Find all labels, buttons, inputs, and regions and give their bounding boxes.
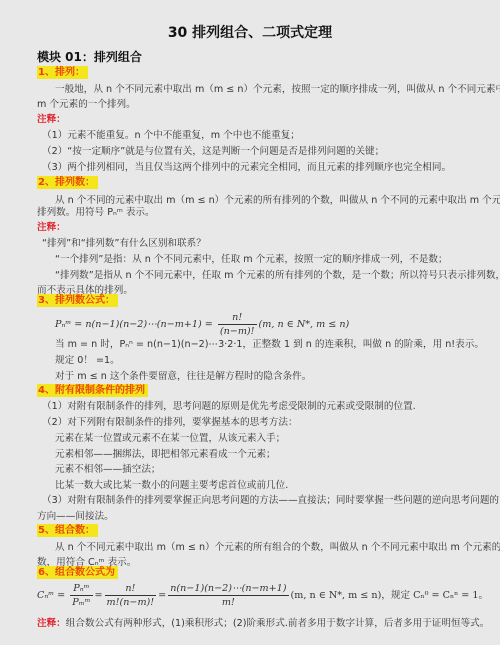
section-1-note-label: 注释： <box>37 113 66 127</box>
section-4-line: 元素在某一位置或元素不在某一位置，从该元素入手； <box>55 432 285 446</box>
combination-condition: (m, n ∈ N*, m ≤ n)，规定 Cₙ⁰ = Cₙⁿ = 1。 <box>291 590 489 601</box>
denominator: m! <box>168 596 288 609</box>
section-4-line: 比某一数大或比某一数小的问题主要考虑首位或前几位. <box>55 479 288 493</box>
section-1-note: （3）两个排列相同，当且仅当这两个排列中的元素完全相同，而且元素的排列顺序也完全… <box>42 161 451 175</box>
section-6-note-text: 组合数公式有两种形式，(1)乘积形式；(2)阶乘形式.前者多用于数字计算，后者多… <box>66 618 490 629</box>
formula-numerator: n! <box>218 311 257 325</box>
section-2-note-label: 注释： <box>37 221 66 235</box>
section-4-line: （2）对下列附有限制条件的排列，要掌握基本的思考方法： <box>42 416 298 430</box>
module-heading: 模块 01：排列组合 <box>37 48 142 65</box>
denominator: Pₘᵐ <box>70 596 92 609</box>
section-6-heading: 6、组合数公式为 <box>37 566 118 579</box>
fraction-product: n(n−1)(n−2)⋯(n−m+1) m! <box>168 582 288 609</box>
section-1-heading: 1、排列： <box>37 66 88 79</box>
section-3-line: 对于 m ≤ n 这个条件要留意，往往是解方程时的隐含条件。 <box>55 370 311 384</box>
section-3-heading: 3、排列数公式： <box>37 294 118 307</box>
formula-denominator: (n−m)! <box>218 325 257 338</box>
section-1-body: 一般地，从 n 个不同元素中取出 m（m ≤ n）个元素，按照一定的顺序排成一列… <box>55 83 500 97</box>
fraction-p-over-p: Pₙᵐ Pₘᵐ <box>70 582 92 609</box>
formula-condition: (m, n ∈ N*, m ≤ n) <box>259 319 350 330</box>
numerator: n! <box>105 582 157 596</box>
formula-left: Pₙᵐ = n(n−1)(n−2)⋯(n−m+1) = <box>55 319 213 330</box>
section-2-body-cont: 排列数。用符号 Pₙᵐ 表示。 <box>37 206 155 220</box>
section-4-line: （3）对附有限制条件的排列要掌握正向思考问题的方法——直接法；同时要掌握一些问题… <box>42 494 499 508</box>
numerator: n(n−1)(n−2)⋯(n−m+1) <box>168 582 288 596</box>
permutation-formula: Pₙᵐ = n(n−1)(n−2)⋯(n−m+1) = n! (n−m)! (m… <box>55 311 349 338</box>
document-page: 30 排列组合、二项式定理 模块 01：排列组合 1、排列： 一般地，从 n 个… <box>0 0 500 645</box>
section-3-line: 当 m = n 时，Pₙⁿ = n(n−1)(n−2)⋯3·2·1，正整数 1 … <box>55 338 484 352</box>
fraction-factorial: n! m!(n−m)! <box>105 582 157 609</box>
numerator: Pₙᵐ <box>70 582 92 596</box>
section-4-line: （1）对附有限制条件的排列，思考问题的原则是优先考虑受限制的元素或受限制的位置. <box>42 400 416 414</box>
section-4-heading: 4、附有限制条件的排列 <box>37 384 148 397</box>
section-1-body-cont: m 个元素的一个排列。 <box>37 98 136 112</box>
combination-formula: Cₙᵐ = Pₙᵐ Pₘᵐ = n! m!(n−m)! = n(n−1)(n−2… <box>37 582 488 610</box>
section-1-note: （1）元素不能重复。n 个中不能重复，m 个中也不能重复； <box>42 129 300 143</box>
section-1-note: （2）“按一定顺序”就是与位置有关，这是判断一个问题是否是排列问题的关键； <box>42 145 384 159</box>
section-5-body: 从 n 个不同元素中取出 m（m ≤ n）个元素的所有组合的个数，叫做从 n 个… <box>55 541 500 555</box>
section-4-line: 方向——间接法。 <box>37 510 114 524</box>
section-2-note: “一个排列”是指：从 n 个不同元素中，任取 m 个元素，按照一定的顺序排成一列… <box>55 253 448 267</box>
section-6-note: 注释：组合数公式有两种形式，(1)乘积形式；(2)阶乘形式.前者多用于数字计算，… <box>37 617 489 631</box>
section-4-line: 元素相邻——捆绑法，即把相邻元素看成一个元素； <box>55 448 276 462</box>
c-left: Cₙᵐ = <box>37 590 65 601</box>
section-4-line: 元素不相邻——插空法； <box>55 463 161 477</box>
section-2-heading: 2、排列数： <box>37 176 98 189</box>
page-title: 30 排列组合、二项式定理 <box>0 22 500 42</box>
section-2-note: “排列数”是指从 n 个不同元素中，任取 m 个元素的所有排列的个数，是一个数；… <box>55 269 500 283</box>
denominator: m!(n−m)! <box>105 596 157 609</box>
section-2-note: “排列”和“排列数”有什么区别和联系？ <box>42 237 206 251</box>
section-3-line: 规定 0！ =1。 <box>55 354 120 368</box>
section-6-note-label: 注释： <box>37 618 66 629</box>
formula-fraction: n! (n−m)! <box>218 311 257 338</box>
section-5-heading: 5、组合数： <box>37 524 98 537</box>
